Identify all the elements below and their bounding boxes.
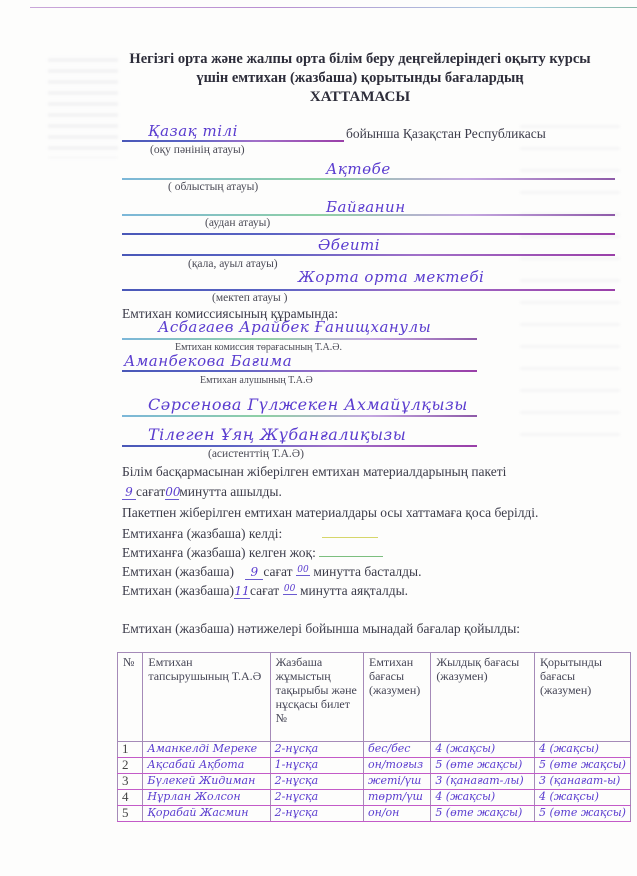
assistant-2-underline (122, 445, 477, 447)
row-number: 1 (118, 742, 143, 758)
col-header-number: № (118, 653, 143, 742)
start-hour[interactable]: 9 (245, 565, 263, 580)
start-prefix: Емтихан (жазбаша) (122, 564, 234, 579)
exam-grade[interactable]: бес/бес (363, 742, 430, 758)
package-line: Білім басқармасынан жіберілген емтихан м… (122, 464, 506, 480)
student-name[interactable]: Нұрлан Жолсон (143, 790, 270, 806)
row-number: 4 (118, 790, 143, 806)
examiner-caption: Емтихан алушының Т.А.Ә (200, 375, 313, 386)
variant[interactable]: 2-нұсқа (270, 742, 363, 758)
table-row: 1Аманкелді Мереке2-нұсқабес/бес4 (жақсы)… (118, 742, 631, 758)
locality-value[interactable]: Әбеиті (318, 236, 380, 254)
exam-grade[interactable]: он/он (363, 806, 430, 822)
grades-table: № Емтихан тапсырушының Т.А.Ә Жазбаша жұм… (117, 652, 631, 822)
extra-line (122, 233, 615, 235)
annual-grade[interactable]: 4 (жақсы) (431, 790, 535, 806)
variant[interactable]: 2-нұсқа (270, 774, 363, 790)
variant[interactable]: 1-нұсқа (270, 758, 363, 774)
absent-label: Емтиханға (жазбаша) келген жоқ: (122, 545, 316, 560)
final-grade[interactable]: 4 (жақсы) (535, 742, 631, 758)
col-header-exam-grade: Емтихан бағасы (жазумен) (363, 653, 430, 742)
assistant-caption: (асистенттің Т.А.Ә) (208, 448, 304, 460)
region-caption: ( облыстың атауы) (168, 181, 258, 193)
title-line-2: үшін емтихан (жазбаша) қорытынды бағалар… (100, 69, 620, 88)
final-grade[interactable]: 3 (қанағат-ы) (535, 774, 631, 790)
subject-underline (122, 140, 344, 142)
school-caption: (мектеп атауы ) (212, 292, 287, 304)
school-value[interactable]: Жорта орта мектебі (298, 268, 484, 286)
annual-grade[interactable]: 5 (өте жақсы) (431, 806, 535, 822)
start-hour-word: сағат (263, 564, 292, 579)
opened-hour[interactable]: 9 (122, 485, 136, 500)
exam-grade[interactable]: жеті/үш (363, 774, 430, 790)
final-grade[interactable]: 5 (өте жақсы) (535, 806, 631, 822)
row-number: 5 (118, 806, 143, 822)
variant[interactable]: 2-нұсқа (270, 790, 363, 806)
subject-value[interactable]: Қазақ тілі (148, 122, 238, 140)
annual-grade[interactable]: 4 (жақсы) (431, 742, 535, 758)
title-line-1: Негізгі орта және жалпы орта білім беру … (100, 50, 620, 69)
came-field[interactable] (322, 537, 378, 538)
assistant-2-name[interactable]: Тілеген Ұяң Жұбанғалиқызы (148, 425, 406, 444)
row-number: 3 (118, 774, 143, 790)
locality-caption: (қала, ауыл атауы) (188, 258, 278, 270)
assistant-1-underline (122, 415, 477, 417)
end-suffix: минутта аяқталды. (300, 583, 408, 598)
locality-underline (122, 254, 615, 256)
end-hour[interactable]: 11 (234, 584, 250, 599)
start-suffix: минутта басталды. (313, 564, 421, 579)
examiner-name[interactable]: Аманбекова Бағима (124, 352, 292, 370)
student-name[interactable]: Бүлекей Жидиман (143, 774, 270, 790)
attached-line: Пакетпен жіберілген емтихан материалдары… (122, 505, 538, 521)
exam-grade[interactable]: төрт/үш (363, 790, 430, 806)
absent-field[interactable] (319, 556, 383, 557)
final-grade[interactable]: 5 (өте жақсы) (535, 758, 631, 774)
col-header-final-grade: Қорытынды бағасы (жазумен) (535, 653, 631, 742)
subject-suffix: бойынша Қазақстан Республикасы (346, 126, 546, 142)
opened-suffix: минутта ашылды. (179, 484, 282, 499)
region-underline (122, 178, 615, 180)
district-caption: (аудан атауы) (205, 217, 270, 229)
results-heading: Емтихан (жазбаша) нәтижелері бойынша мын… (122, 621, 520, 637)
table-row: 3Бүлекей Жидиман2-нұсқажеті/үш3 (қанағат… (118, 774, 631, 790)
table-row: 2Ақсабай Ақбота1-нұсқаон/тоғыз5 (өте жақ… (118, 758, 631, 774)
scan-edge-line (30, 7, 637, 8)
document-title: ХАТТАМАСЫ (100, 88, 620, 107)
student-name[interactable]: Қорабай Жасмин (143, 806, 270, 822)
col-header-topic: Жазбаша жұмыстың тақырыбы және нұсқасы б… (270, 653, 363, 742)
end-prefix: Емтихан (жазбаша) (122, 583, 234, 598)
end-hour-word: сағат (250, 583, 279, 598)
student-name[interactable]: Ақсабай Ақбота (143, 758, 270, 774)
opened-minute[interactable]: 00 (165, 485, 179, 500)
district-underline (122, 214, 615, 216)
final-grade[interactable]: 4 (жақсы) (535, 790, 631, 806)
assistant-1-name[interactable]: Сәрсенова Гүлжекен Ахмайұлқызы (148, 395, 468, 414)
school-underline (122, 289, 615, 291)
hour-word: сағат (136, 484, 165, 499)
student-name[interactable]: Аманкелді Мереке (143, 742, 270, 758)
annual-grade[interactable]: 5 (өте жақсы) (431, 758, 535, 774)
subject-caption: (оқу пәнінің атауы) (150, 144, 245, 156)
table-row: 4Нұрлан Жолсон2-нұсқатөрт/үш4 (жақсы)4 (… (118, 790, 631, 806)
table-header-row: № Емтихан тапсырушының Т.А.Ә Жазбаша жұм… (118, 653, 631, 742)
chair-underline (122, 338, 477, 340)
annual-grade[interactable]: 3 (қанағат-лы) (431, 774, 535, 790)
table-row: 5Қорабай Жасмин2-нұсқаон/он5 (өте жақсы)… (118, 806, 631, 822)
chair-name[interactable]: Асбагаев Арайбек Ғанищханулы (158, 318, 431, 336)
col-header-student: Емтихан тапсырушының Т.А.Ә (143, 653, 270, 742)
row-number: 2 (118, 758, 143, 774)
col-header-annual-grade: Жылдық бағасы (жазумен) (431, 653, 535, 742)
came-label: Емтиханға (жазбаша) келді: (122, 526, 282, 541)
start-minute[interactable]: 00 (296, 565, 310, 576)
end-minute[interactable]: 00 (283, 584, 297, 595)
region-value[interactable]: Ақтөбе (326, 160, 391, 178)
examiner-underline (122, 370, 477, 372)
variant[interactable]: 2-нұсқа (270, 806, 363, 822)
exam-grade[interactable]: он/тоғыз (363, 758, 430, 774)
